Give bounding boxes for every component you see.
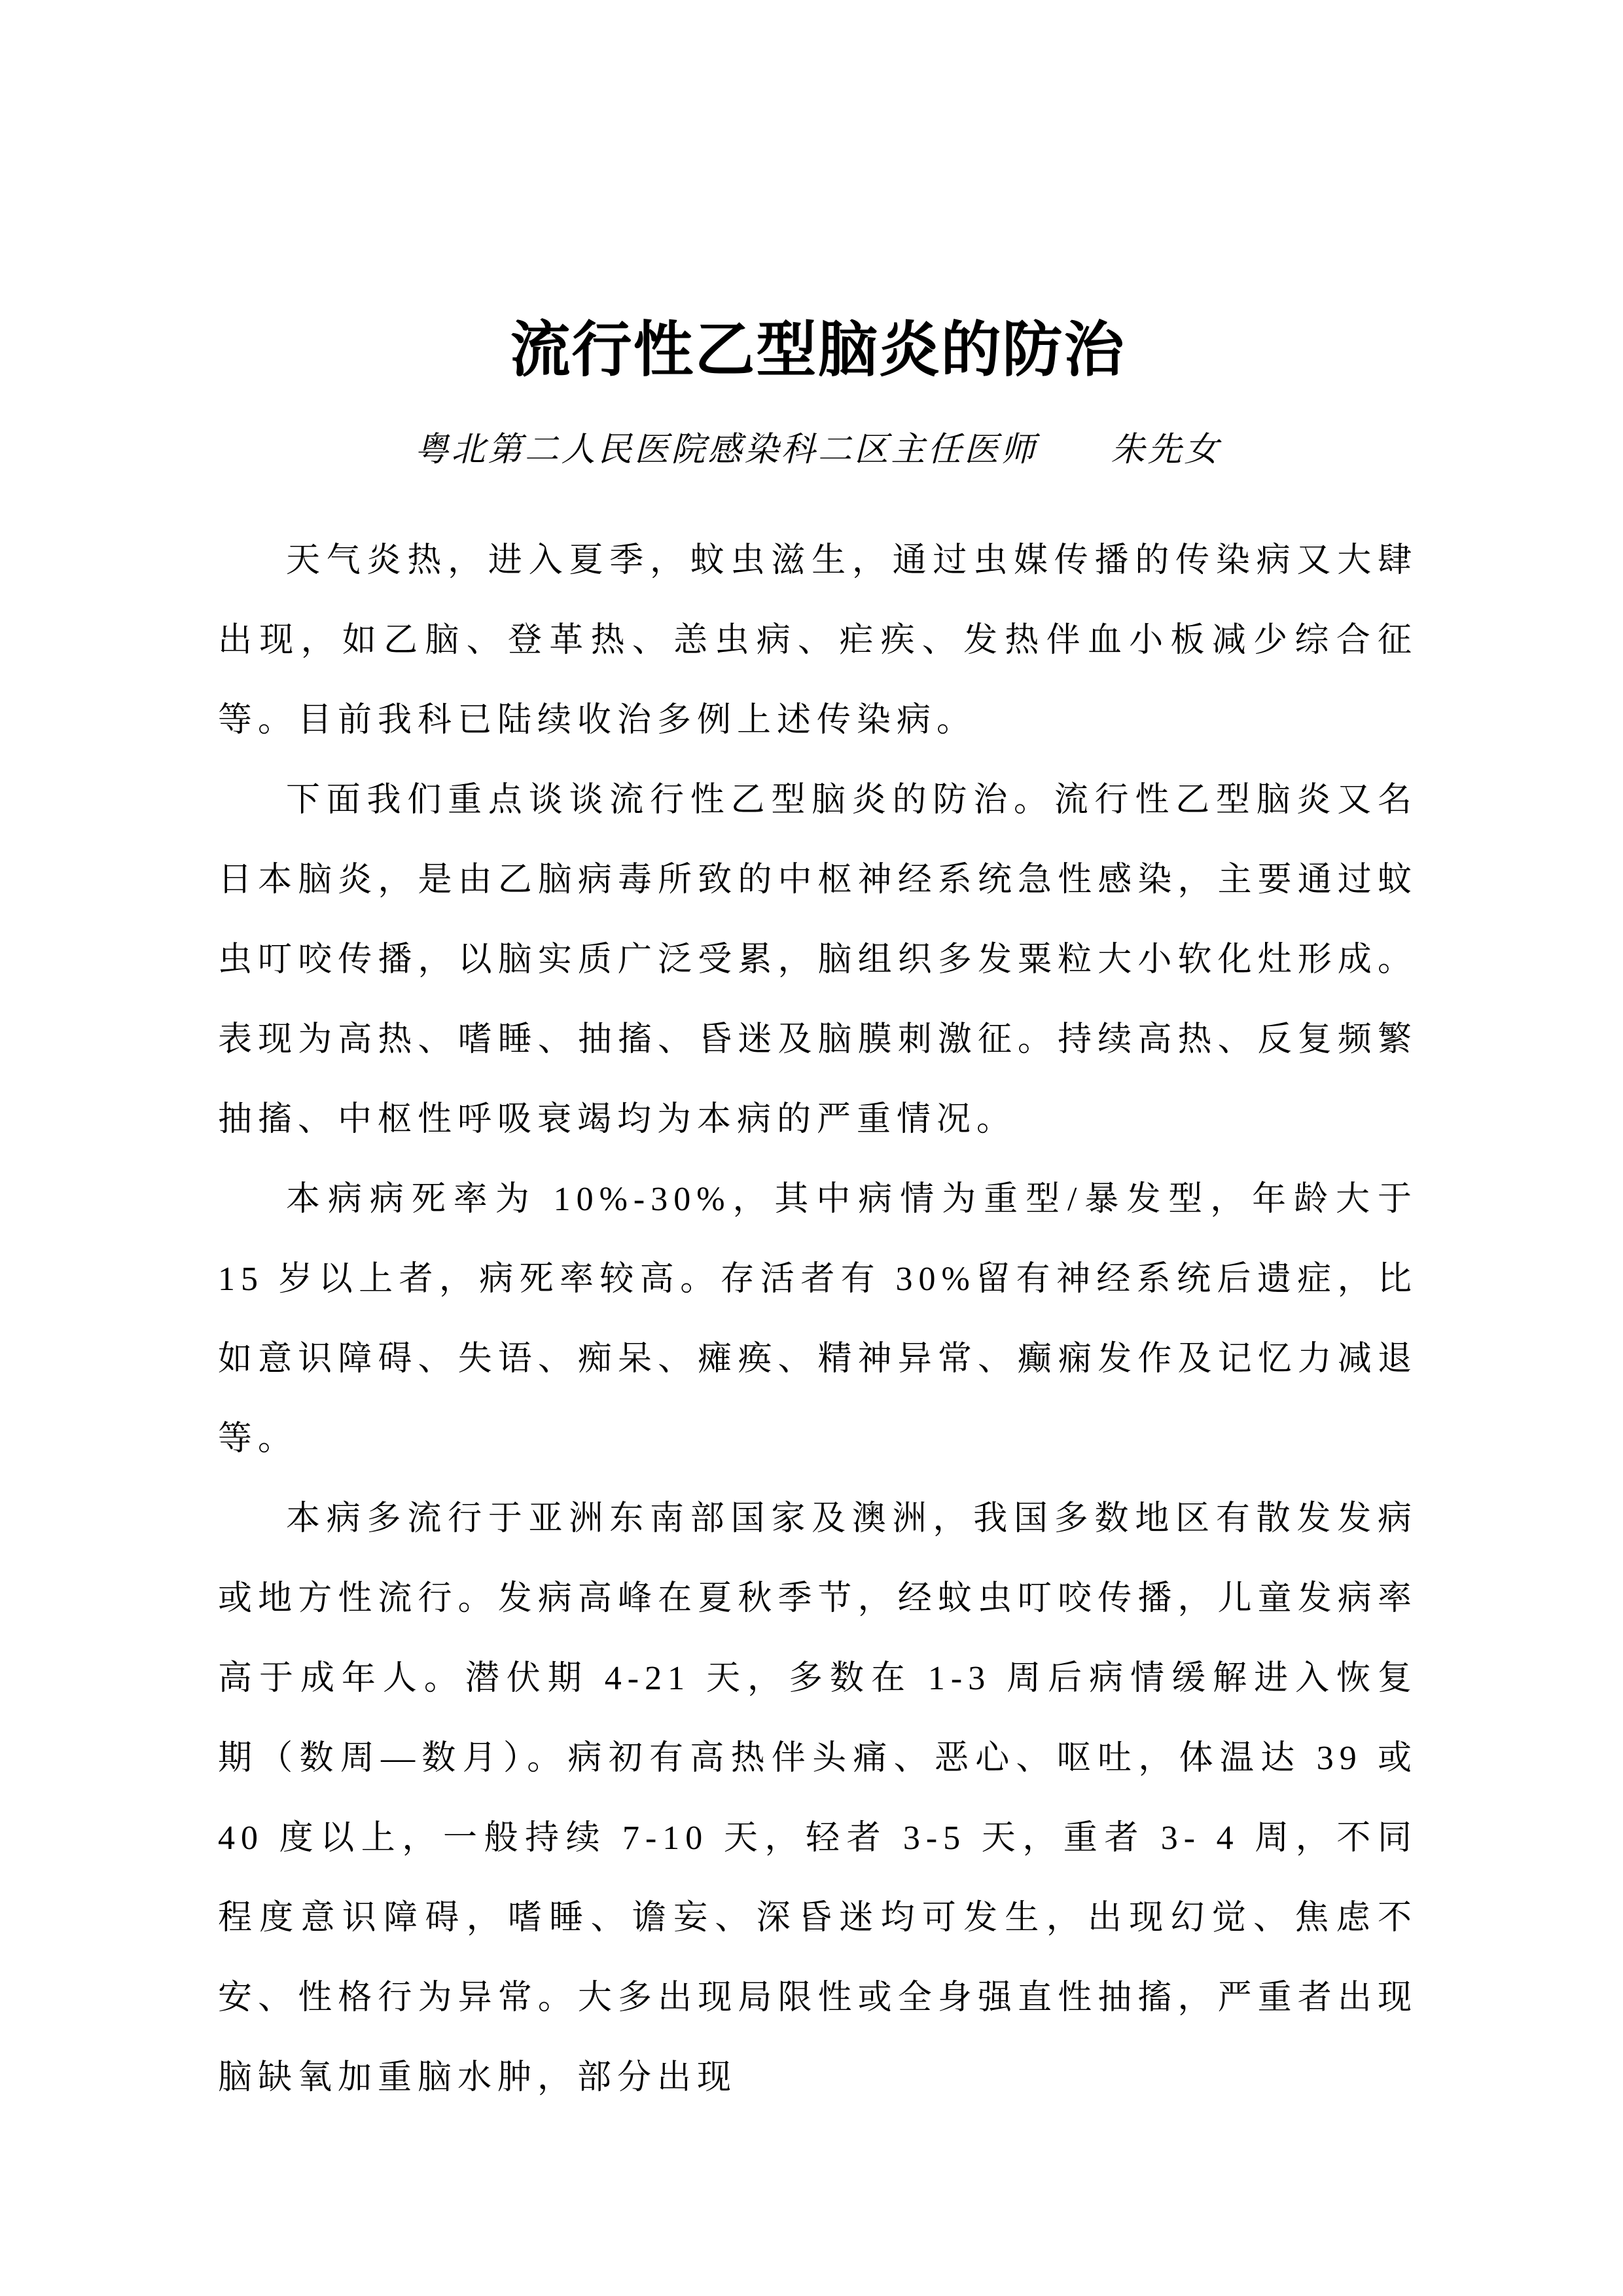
document-body: 天气炎热，进入夏季，蚊虫滋生，通过虫媒传播的传染病又大肆出现，如乙脑、登革热、恙… xyxy=(218,521,1418,2118)
body-paragraph-2: 下面我们重点谈谈流行性乙型脑炎的防治。流行性乙型脑炎又名日本脑炎，是由乙脑病毒所… xyxy=(218,761,1418,1160)
page-title: 流行性乙型脑炎的防治 xyxy=(218,308,1418,393)
document-page: 流行性乙型脑炎的防治 粤北第二人民医院感染科二区主任医师 朱先女 天气炎热，进入… xyxy=(0,0,1623,2296)
byline: 粤北第二人民医院感染科二区主任医师 朱先女 xyxy=(218,427,1418,474)
body-paragraph-3: 本病病死率为 10%-30%，其中病情为重型/暴发型，年龄大于 15 岁以上者，… xyxy=(218,1160,1418,1479)
body-paragraph-4: 本病多流行于亚洲东南部国家及澳洲，我国多数地区有散发发病或地方性流行。发病高峰在… xyxy=(218,1479,1418,2118)
body-paragraph-1: 天气炎热，进入夏季，蚊虫滋生，通过虫媒传播的传染病又大肆出现，如乙脑、登革热、恙… xyxy=(218,521,1418,761)
